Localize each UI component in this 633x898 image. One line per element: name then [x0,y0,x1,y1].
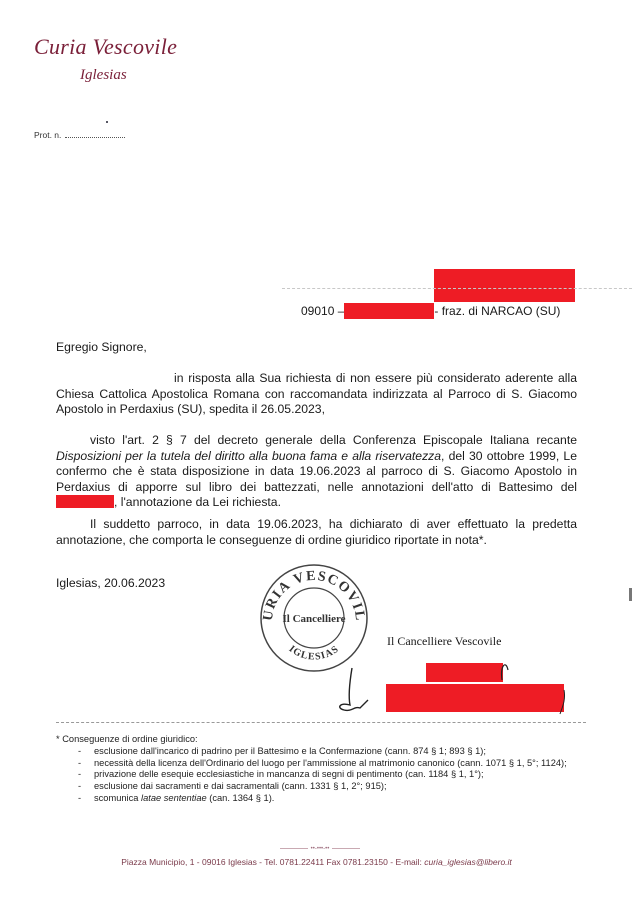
note-item: scomunica latae sententiae (can. 1364 § … [78,793,586,805]
notes-heading: * Conseguenze di ordine giuridico: [56,734,586,746]
address-prefix: 09010 – [301,304,344,318]
notes-divider [56,722,586,723]
footer-ornament: ••-•••-•• [270,846,370,852]
legal-consequences-notes: * Conseguenze di ordine giuridico: esclu… [56,734,586,805]
note-item: necessità della licenza dell'Ordinario d… [78,758,586,770]
footer-email[interactable]: curia_iglesias@libero.it [424,857,512,867]
address-divider [282,288,632,289]
protocol-number-field: Prot. n. [34,130,125,140]
note-text: scomunica [94,793,141,803]
redacted-street [344,303,434,319]
handwritten-signature [330,650,590,720]
p2-text-end: , l'annotazione da Lei richiesta. [114,495,281,509]
protocol-label: Prot. n. [34,130,61,140]
recipient-address: 09010 –- fraz. di NARCAO (SU) [301,303,560,319]
scan-edge-mark [629,588,632,601]
svg-text:Il Cancelliere: Il Cancelliere [282,613,345,625]
note-item: esclusione dai sacramenti e dai sacramen… [78,781,586,793]
note-text: (can. 1364 § 1). [207,793,275,803]
signature-role: Il Cancelliere Vescovile [387,634,501,649]
letterhead-subtitle: Iglesias [80,67,127,84]
paragraph-1: in risposta alla Sua richiesta di non es… [56,371,577,418]
note-italic: latae sententiae [141,793,207,803]
note-item: esclusione dall'incarico di padrino per … [78,746,586,758]
p2-text-start: visto l'art. 2 § 7 del decreto generale … [90,433,577,447]
footer-address: Piazza Municipio, 1 - 09016 Iglesias - T… [121,857,424,867]
letterhead-title: Curia Vescovile [34,34,177,60]
salutation: Egregio Signore, [56,340,147,356]
protocol-blank-line [65,137,125,138]
paragraph-2: visto l'art. 2 § 7 del decreto generale … [56,433,577,511]
paragraph-3: Il suddetto parroco, in data 19.06.2023,… [56,517,577,548]
redacted-recipient-name [434,269,575,302]
note-item: privazione delle esequie ecclesiastiche … [78,769,586,781]
notes-list: esclusione dall'incarico di padrino per … [56,746,586,805]
address-suffix: - fraz. di NARCAO (SU) [434,304,560,318]
place-date: Iglesias, 20.06.2023 [56,576,165,592]
decree-title: Disposizioni per la tutela del diritto a… [56,449,441,463]
footer-contacts: Piazza Municipio, 1 - 09016 Iglesias - T… [0,857,633,867]
scan-speck [106,121,108,123]
redacted-baptism-name [56,495,114,508]
